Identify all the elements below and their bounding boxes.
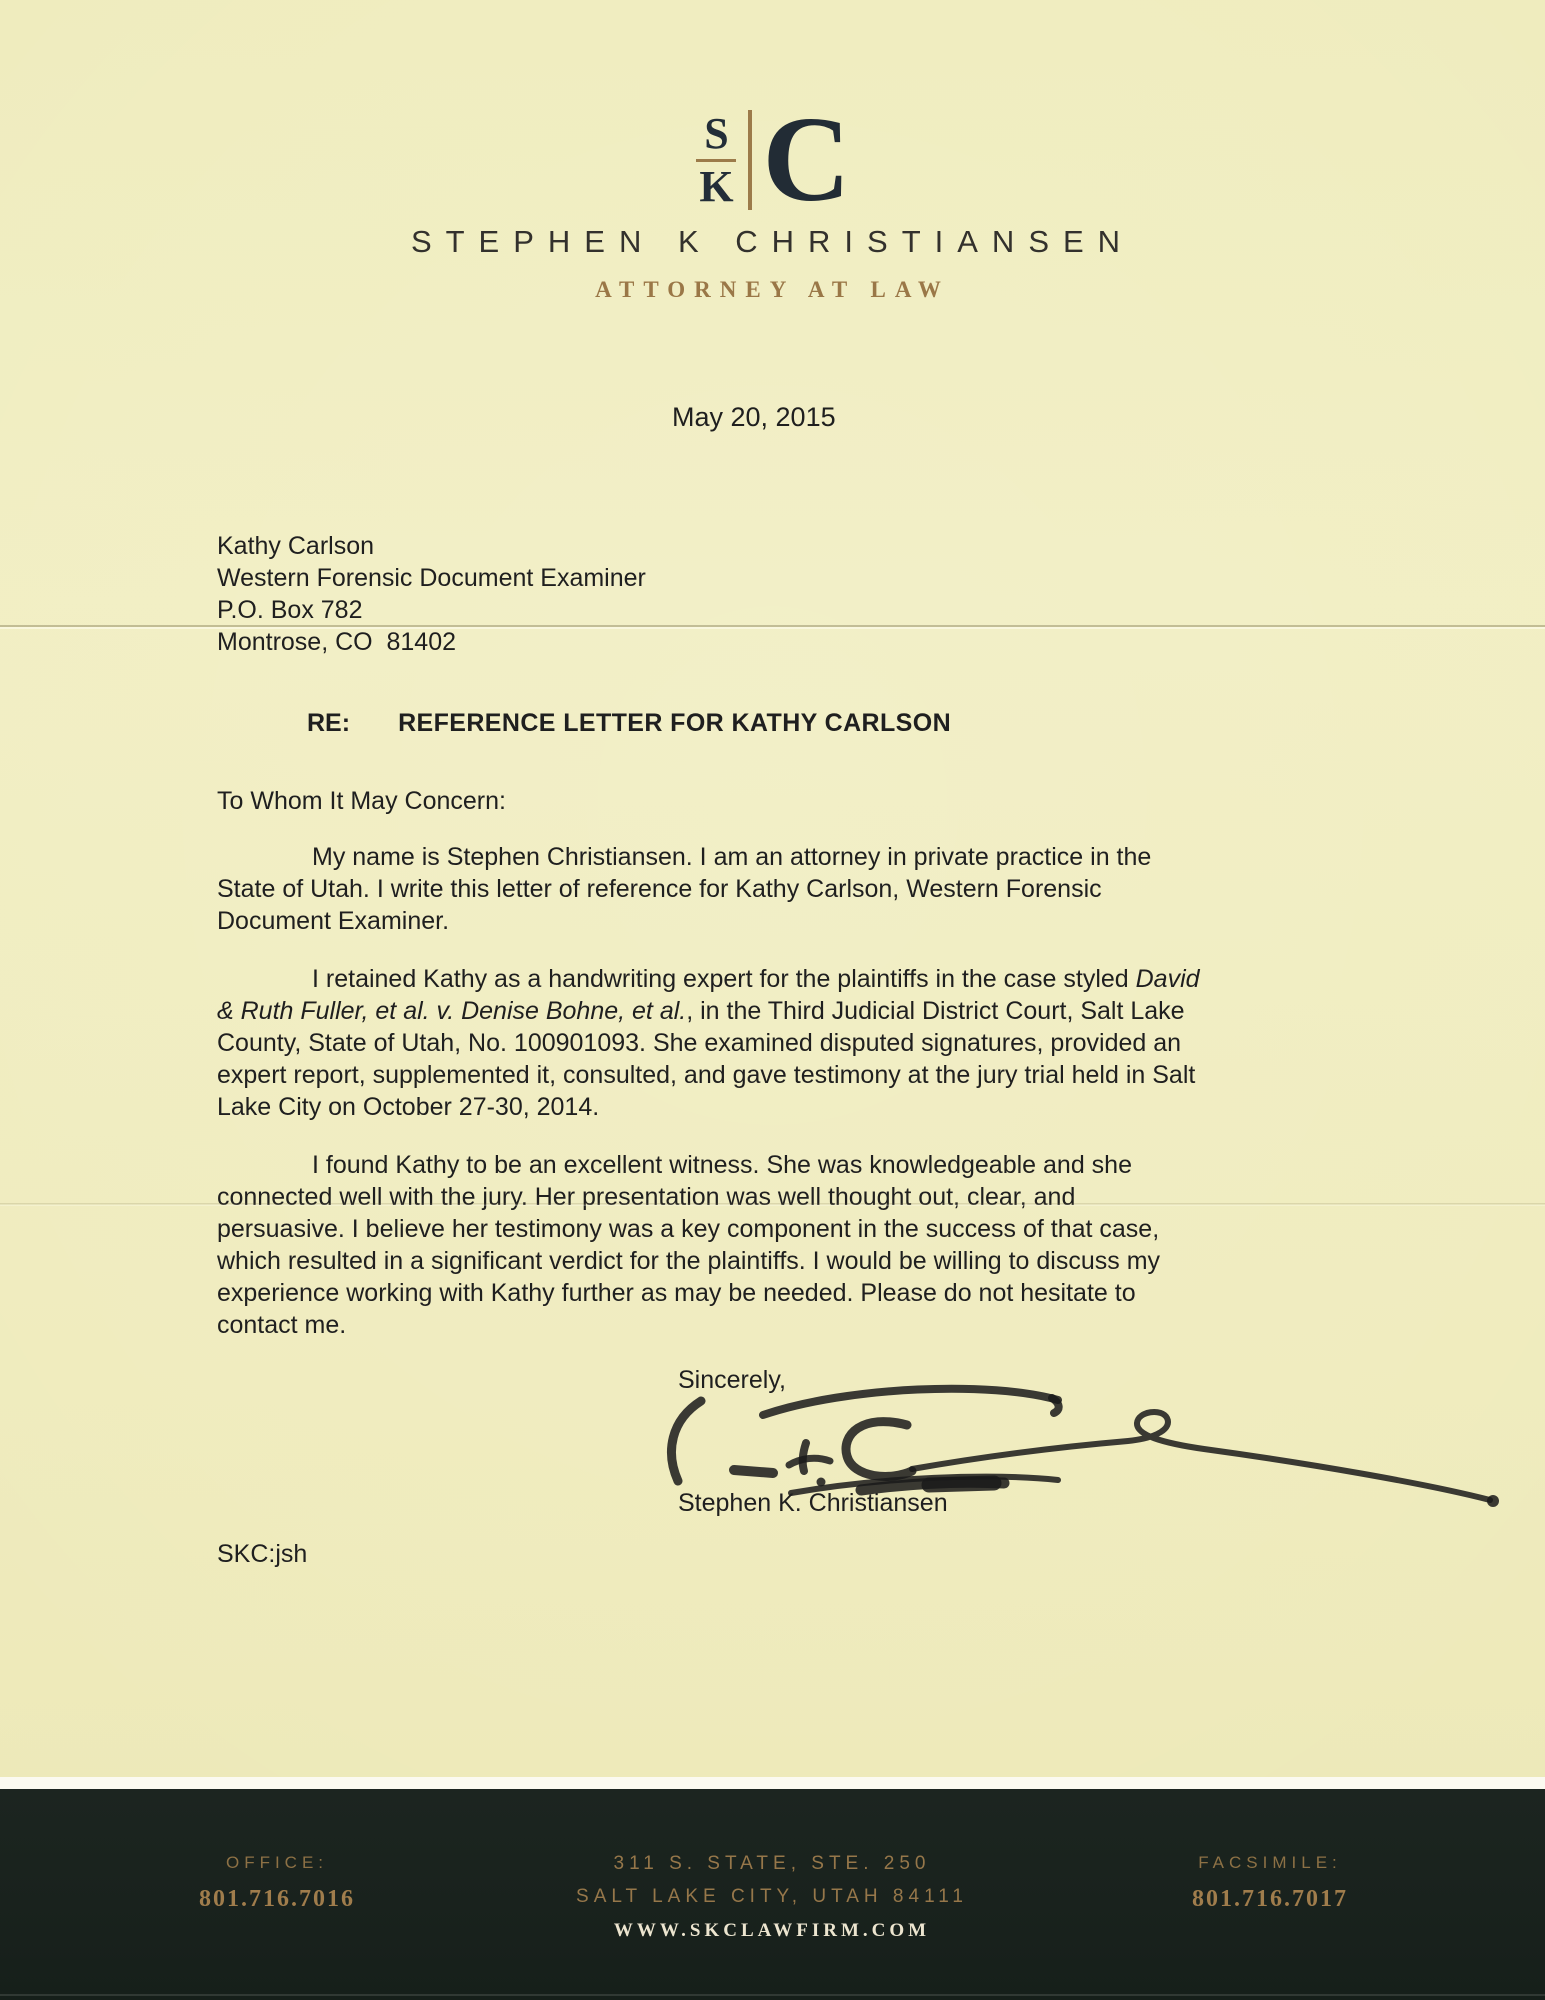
paragraph: I retained Kathy as a handwriting expert… bbox=[217, 963, 1317, 1123]
letter-date: May 20, 2015 bbox=[672, 402, 836, 433]
footer-facsimile-column: FACSIMILE: 801.716.7017 bbox=[1100, 1853, 1440, 1913]
text-segment: My name is Stephen Christiansen. I am an… bbox=[312, 843, 1151, 871]
logo-sk-block: S K bbox=[696, 112, 736, 209]
recipient-line: Montrose, CO 81402 bbox=[217, 626, 646, 658]
text-segment: Document Examiner. bbox=[217, 907, 449, 935]
firm-tagline: ATTORNEY AT LAW bbox=[0, 277, 1545, 303]
logo-vertical-divider bbox=[748, 110, 752, 210]
text-segment: persuasive. I believe her testimony was … bbox=[217, 1215, 1159, 1243]
paragraph-line: & Ruth Fuller, et al. v. Denise Bohne, e… bbox=[217, 995, 1317, 1027]
paragraph: I found Kathy to be an excellent witness… bbox=[217, 1149, 1317, 1341]
text-segment: I found Kathy to be an excellent witness… bbox=[312, 1151, 1132, 1179]
text-segment: connected well with the jury. Her presen… bbox=[217, 1183, 1075, 1211]
paragraph-line: County, State of Utah, No. 100901093. Sh… bbox=[217, 1027, 1317, 1059]
paper-fold-crease bbox=[0, 625, 1545, 629]
subject-line: RE:REFERENCE LETTER FOR KATHY CARLSON bbox=[307, 709, 951, 738]
recipient-address-block: Kathy CarlsonWestern Forensic Document E… bbox=[217, 530, 646, 658]
footer-band: OFFICE: 801.716.7016 311 S. STATE, STE. … bbox=[0, 1789, 1545, 2000]
footer-address-line1: 311 S. STATE, STE. 250 bbox=[472, 1853, 1072, 1875]
paragraph-line: experience working with Kathy further as… bbox=[217, 1277, 1317, 1309]
text-segment: , in the Third Judicial District Court, … bbox=[686, 997, 1184, 1025]
text-segment: I retained Kathy as a handwriting expert… bbox=[312, 965, 1136, 993]
text-segment: contact me. bbox=[217, 1311, 346, 1339]
re-label: RE: bbox=[307, 709, 350, 737]
footer-office-column: OFFICE: 801.716.7016 bbox=[107, 1853, 447, 1913]
paragraph-line: which resulted in a significant verdict … bbox=[217, 1245, 1317, 1277]
paragraph-line: contact me. bbox=[217, 1309, 1317, 1341]
facsimile-phone: 801.716.7017 bbox=[1100, 1886, 1440, 1913]
logo-letter-k: K bbox=[699, 165, 733, 209]
paragraph-line: I found Kathy to be an excellent witness… bbox=[217, 1149, 1317, 1181]
paragraph-line: Lake City on October 27-30, 2014. bbox=[217, 1091, 1317, 1123]
text-segment: State of Utah. I write this letter of re… bbox=[217, 875, 1102, 903]
salutation: To Whom It May Concern: bbox=[217, 787, 506, 816]
paragraph-line: connected well with the jury. Her presen… bbox=[217, 1181, 1317, 1213]
footer-address-line2: SALT LAKE CITY, UTAH 84111 bbox=[472, 1886, 1072, 1908]
paragraph: My name is Stephen Christiansen. I am an… bbox=[217, 841, 1317, 937]
paper-fold-crease bbox=[0, 1203, 1545, 1206]
case-citation-italic: David bbox=[1136, 965, 1200, 993]
scan-edge-strip bbox=[0, 1777, 1545, 1789]
logo-letter-c: C bbox=[762, 110, 848, 210]
case-citation-italic: & Ruth Fuller, et al. v. Denise Bohne, e… bbox=[217, 997, 686, 1025]
office-label: OFFICE: bbox=[107, 1853, 447, 1873]
recipient-line: Western Forensic Document Examiner bbox=[217, 562, 646, 594]
paragraph-line: persuasive. I believe her testimony was … bbox=[217, 1213, 1317, 1245]
footer-address-column: 311 S. STATE, STE. 250 SALT LAKE CITY, U… bbox=[472, 1853, 1072, 1942]
scan-bottom-edge-line bbox=[0, 1994, 1545, 1996]
office-phone: 801.716.7016 bbox=[107, 1886, 447, 1913]
text-segment: expert report, supplemented it, consulte… bbox=[217, 1061, 1195, 1089]
recipient-line: Kathy Carlson bbox=[217, 530, 646, 562]
paragraph-line: I retained Kathy as a handwriting expert… bbox=[217, 963, 1317, 995]
paragraph-line: Document Examiner. bbox=[217, 905, 1317, 937]
signer-name: Stephen K. Christiansen bbox=[678, 1489, 948, 1518]
paragraph-line: State of Utah. I write this letter of re… bbox=[217, 873, 1317, 905]
recipient-line: P.O. Box 782 bbox=[217, 594, 646, 626]
paragraph-line: expert report, supplemented it, consulte… bbox=[217, 1059, 1317, 1091]
text-segment: which resulted in a significant verdict … bbox=[217, 1247, 1160, 1275]
reference-initials: SKC:jsh bbox=[217, 1540, 307, 1569]
text-segment: Lake City on October 27-30, 2014. bbox=[217, 1093, 599, 1121]
paragraph-line: My name is Stephen Christiansen. I am an… bbox=[217, 841, 1317, 873]
scanned-letter-page: S K C STEPHEN K CHRISTIANSEN ATTORNEY AT… bbox=[0, 0, 1545, 2000]
firm-logo: S K C bbox=[0, 110, 1545, 210]
firm-name: STEPHEN K CHRISTIANSEN bbox=[0, 224, 1545, 260]
facsimile-label: FACSIMILE: bbox=[1100, 1853, 1440, 1873]
re-subject: REFERENCE LETTER FOR KATHY CARLSON bbox=[398, 709, 951, 737]
logo-letter-s: S bbox=[704, 112, 728, 156]
footer-website: WWW.SKCLAWFIRM.COM bbox=[472, 1920, 1072, 1942]
letter-body: My name is Stephen Christiansen. I am an… bbox=[217, 841, 1317, 1367]
closing: Sincerely, bbox=[678, 1366, 786, 1395]
text-segment: County, State of Utah, No. 100901093. Sh… bbox=[217, 1029, 1181, 1057]
text-segment: experience working with Kathy further as… bbox=[217, 1279, 1136, 1307]
